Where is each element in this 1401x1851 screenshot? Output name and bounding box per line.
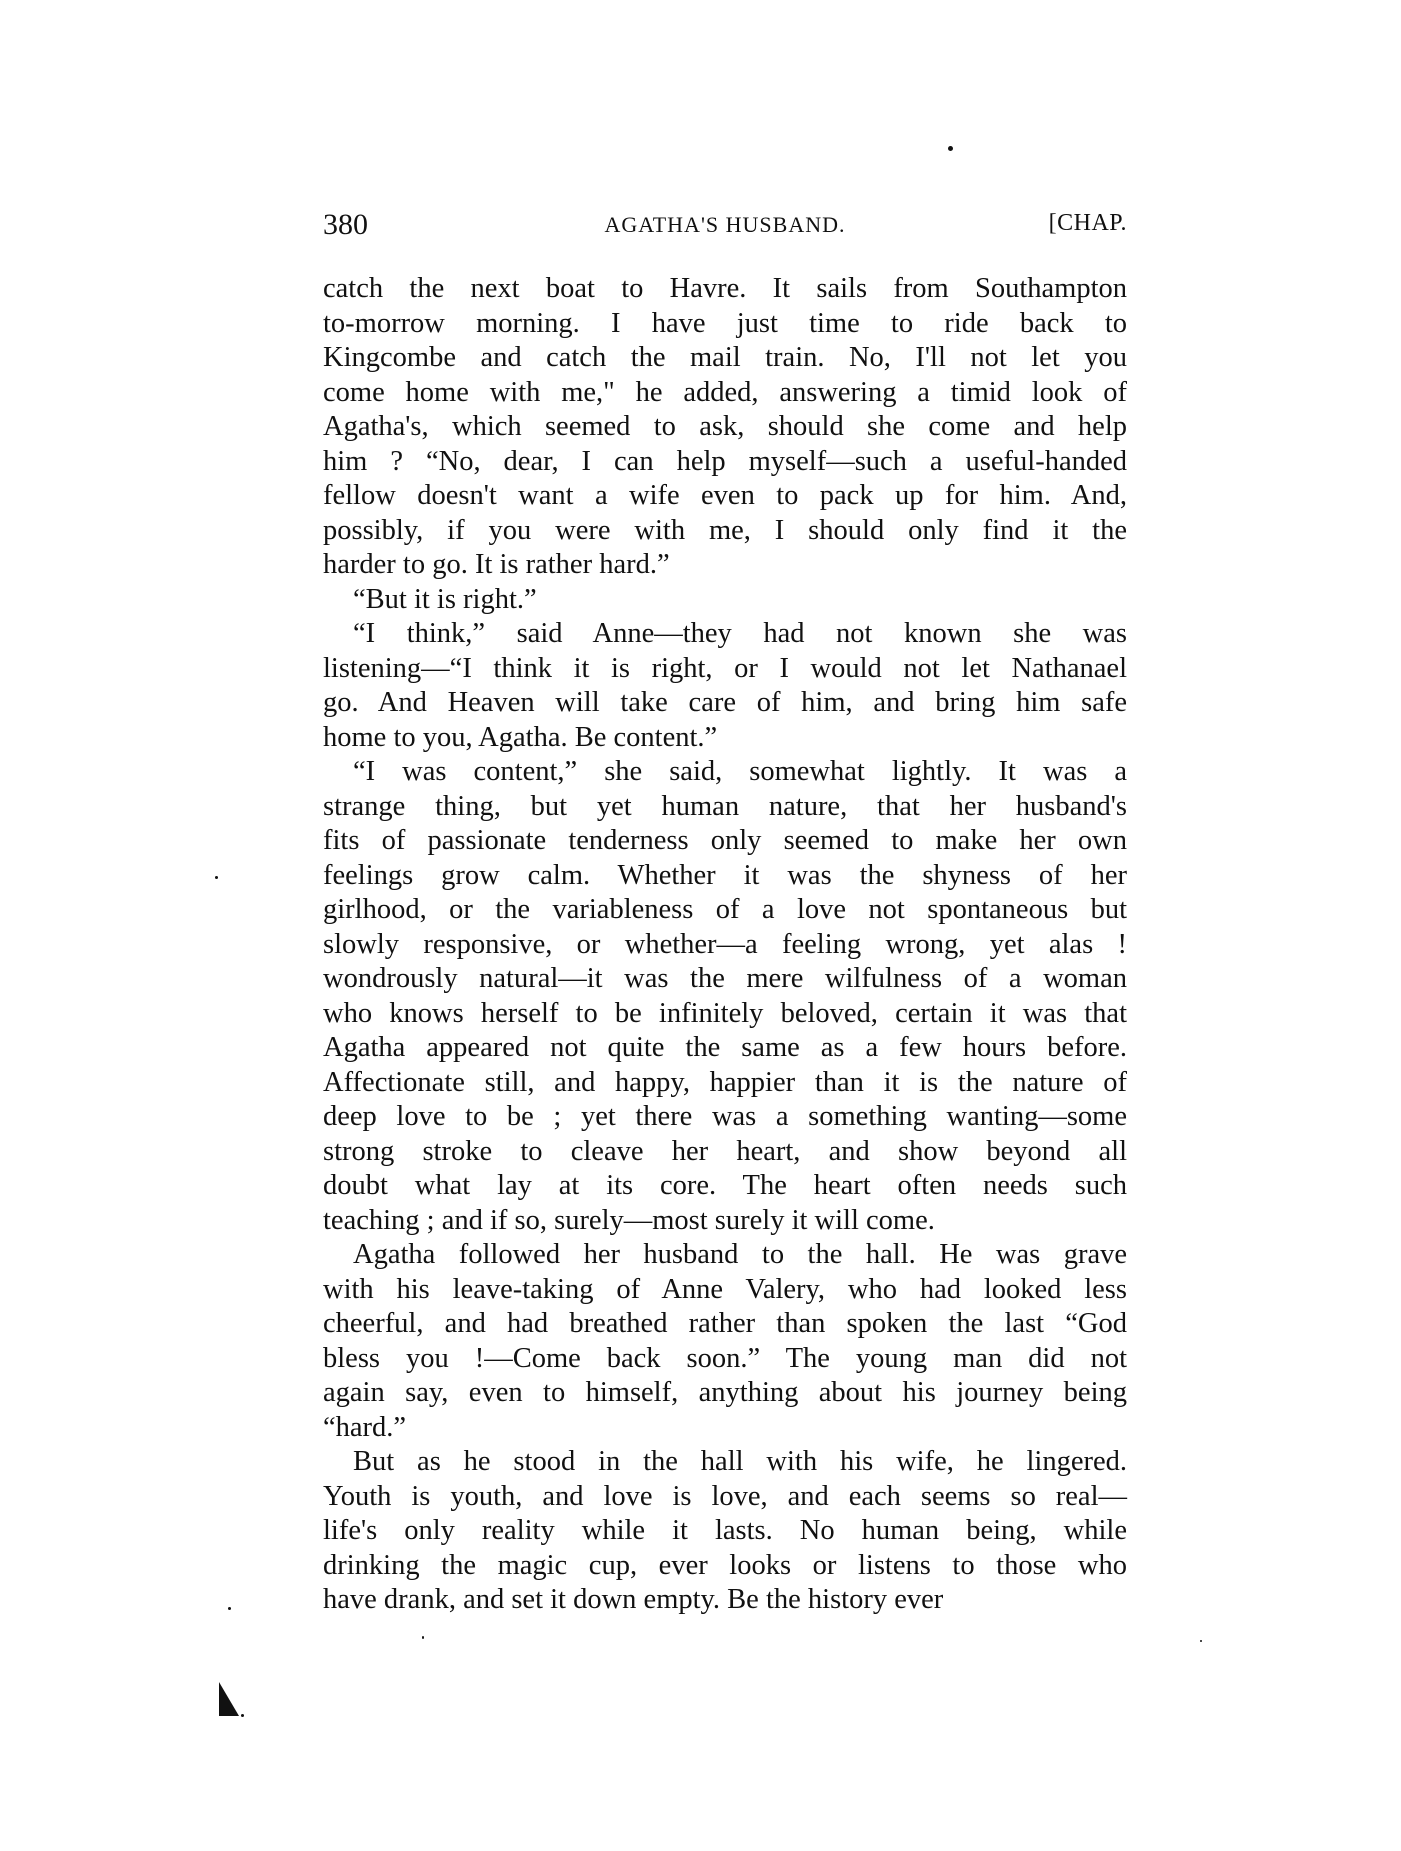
text-line: “hard.”	[323, 1411, 1127, 1446]
text-line: Agatha appeared not quite the same as a …	[323, 1031, 1127, 1066]
text-line: drinking the magic cup, ever looks or li…	[323, 1549, 1127, 1584]
text-line: catch the next boat to Havre. It sails f…	[323, 272, 1127, 307]
text-line: “But it is right.”	[323, 583, 1127, 618]
text-line: Kingcombe and catch the mail train. No, …	[323, 341, 1127, 376]
text-line: feelings grow calm. Whether it was the s…	[323, 859, 1127, 894]
text-line: strong stroke to cleave her heart, and s…	[323, 1135, 1127, 1170]
scan-speck-right	[1200, 1640, 1202, 1642]
text-line: fellow doesn't want a wife even to pack …	[323, 479, 1127, 514]
text-line: home to you, Agatha. Be content.”	[323, 721, 1127, 756]
text-line: cheerful, and had breathed rather than s…	[323, 1307, 1127, 1342]
text-line: with his leave-taking of Anne Valery, wh…	[323, 1273, 1127, 1308]
text-line: doubt what lay at its core. The heart of…	[323, 1169, 1127, 1204]
text-line: “I was content,” she said, somewhat ligh…	[323, 755, 1127, 790]
text-line: who knows herself to be infinitely belov…	[323, 997, 1127, 1032]
paragraph: But as he stood in the hall with his wif…	[323, 1445, 1127, 1618]
text-line: listening—“I think it is right, or I wou…	[323, 652, 1127, 687]
text-line: Agatha followed her husband to the hall.…	[323, 1238, 1127, 1273]
body-text: catch the next boat to Havre. It sails f…	[323, 272, 1127, 1618]
text-line: possibly, if you were with me, I should …	[323, 514, 1127, 549]
scan-speck-top	[948, 146, 953, 151]
text-line: teaching ; and if so, surely—most surely…	[323, 1204, 1127, 1239]
text-line: slowly responsive, or whether—a feeling …	[323, 928, 1127, 963]
text-line: to-morrow morning. I have just time to r…	[323, 307, 1127, 342]
scan-corner-mark	[219, 1682, 239, 1716]
text-line: “I think,” said Anne—they had not known …	[323, 617, 1127, 652]
paragraph: catch the next boat to Havre. It sails f…	[323, 272, 1127, 583]
text-line: Agatha's, which seemed to ask, should sh…	[323, 410, 1127, 445]
text-line: have drank, and set it down empty. Be th…	[323, 1583, 1127, 1618]
text-line: deep love to be ; yet there was a someth…	[323, 1100, 1127, 1135]
text-line: But as he stood in the hall with his wif…	[323, 1445, 1127, 1480]
text-line: go. And Heaven will take care of him, an…	[323, 686, 1127, 721]
paragraph: “I think,” said Anne—they had not known …	[323, 617, 1127, 755]
scan-speck-left	[215, 876, 218, 879]
text-line: Affectionate still, and happy, happier t…	[323, 1066, 1127, 1101]
text-line: wondrously natural—it was the mere wilfu…	[323, 962, 1127, 997]
text-line: bless you !—Come back soon.” The young m…	[323, 1342, 1127, 1377]
text-line: again say, even to himself, anything abo…	[323, 1376, 1127, 1411]
text-line: strange thing, but yet human nature, tha…	[323, 790, 1127, 825]
text-line: fits of passionate tenderness only seeme…	[323, 824, 1127, 859]
chapter-marker: [CHAP.	[1049, 210, 1127, 237]
text-line: girlhood, or the variableness of a love …	[323, 893, 1127, 928]
text-line: come home with me," he added, answering …	[323, 376, 1127, 411]
text-line: life's only reality while it lasts. No h…	[323, 1514, 1127, 1549]
scan-speck-bottom	[422, 1636, 424, 1639]
page-header: 380 AGATHA'S HUSBAND. [CHAP.	[323, 208, 1127, 248]
running-title: AGATHA'S HUSBAND.	[323, 212, 1127, 238]
text-line: him ? “No, dear, I can help myself—such …	[323, 445, 1127, 480]
paragraph: “But it is right.”	[323, 583, 1127, 618]
paragraph: “I was content,” she said, somewhat ligh…	[323, 755, 1127, 1238]
scan-speck-corner	[241, 1714, 244, 1717]
text-line: Youth is youth, and love is love, and ea…	[323, 1480, 1127, 1515]
text-line: harder to go. It is rather hard.”	[323, 548, 1127, 583]
scan-speck-left-lower	[228, 1607, 231, 1610]
paragraph: Agatha followed her husband to the hall.…	[323, 1238, 1127, 1445]
